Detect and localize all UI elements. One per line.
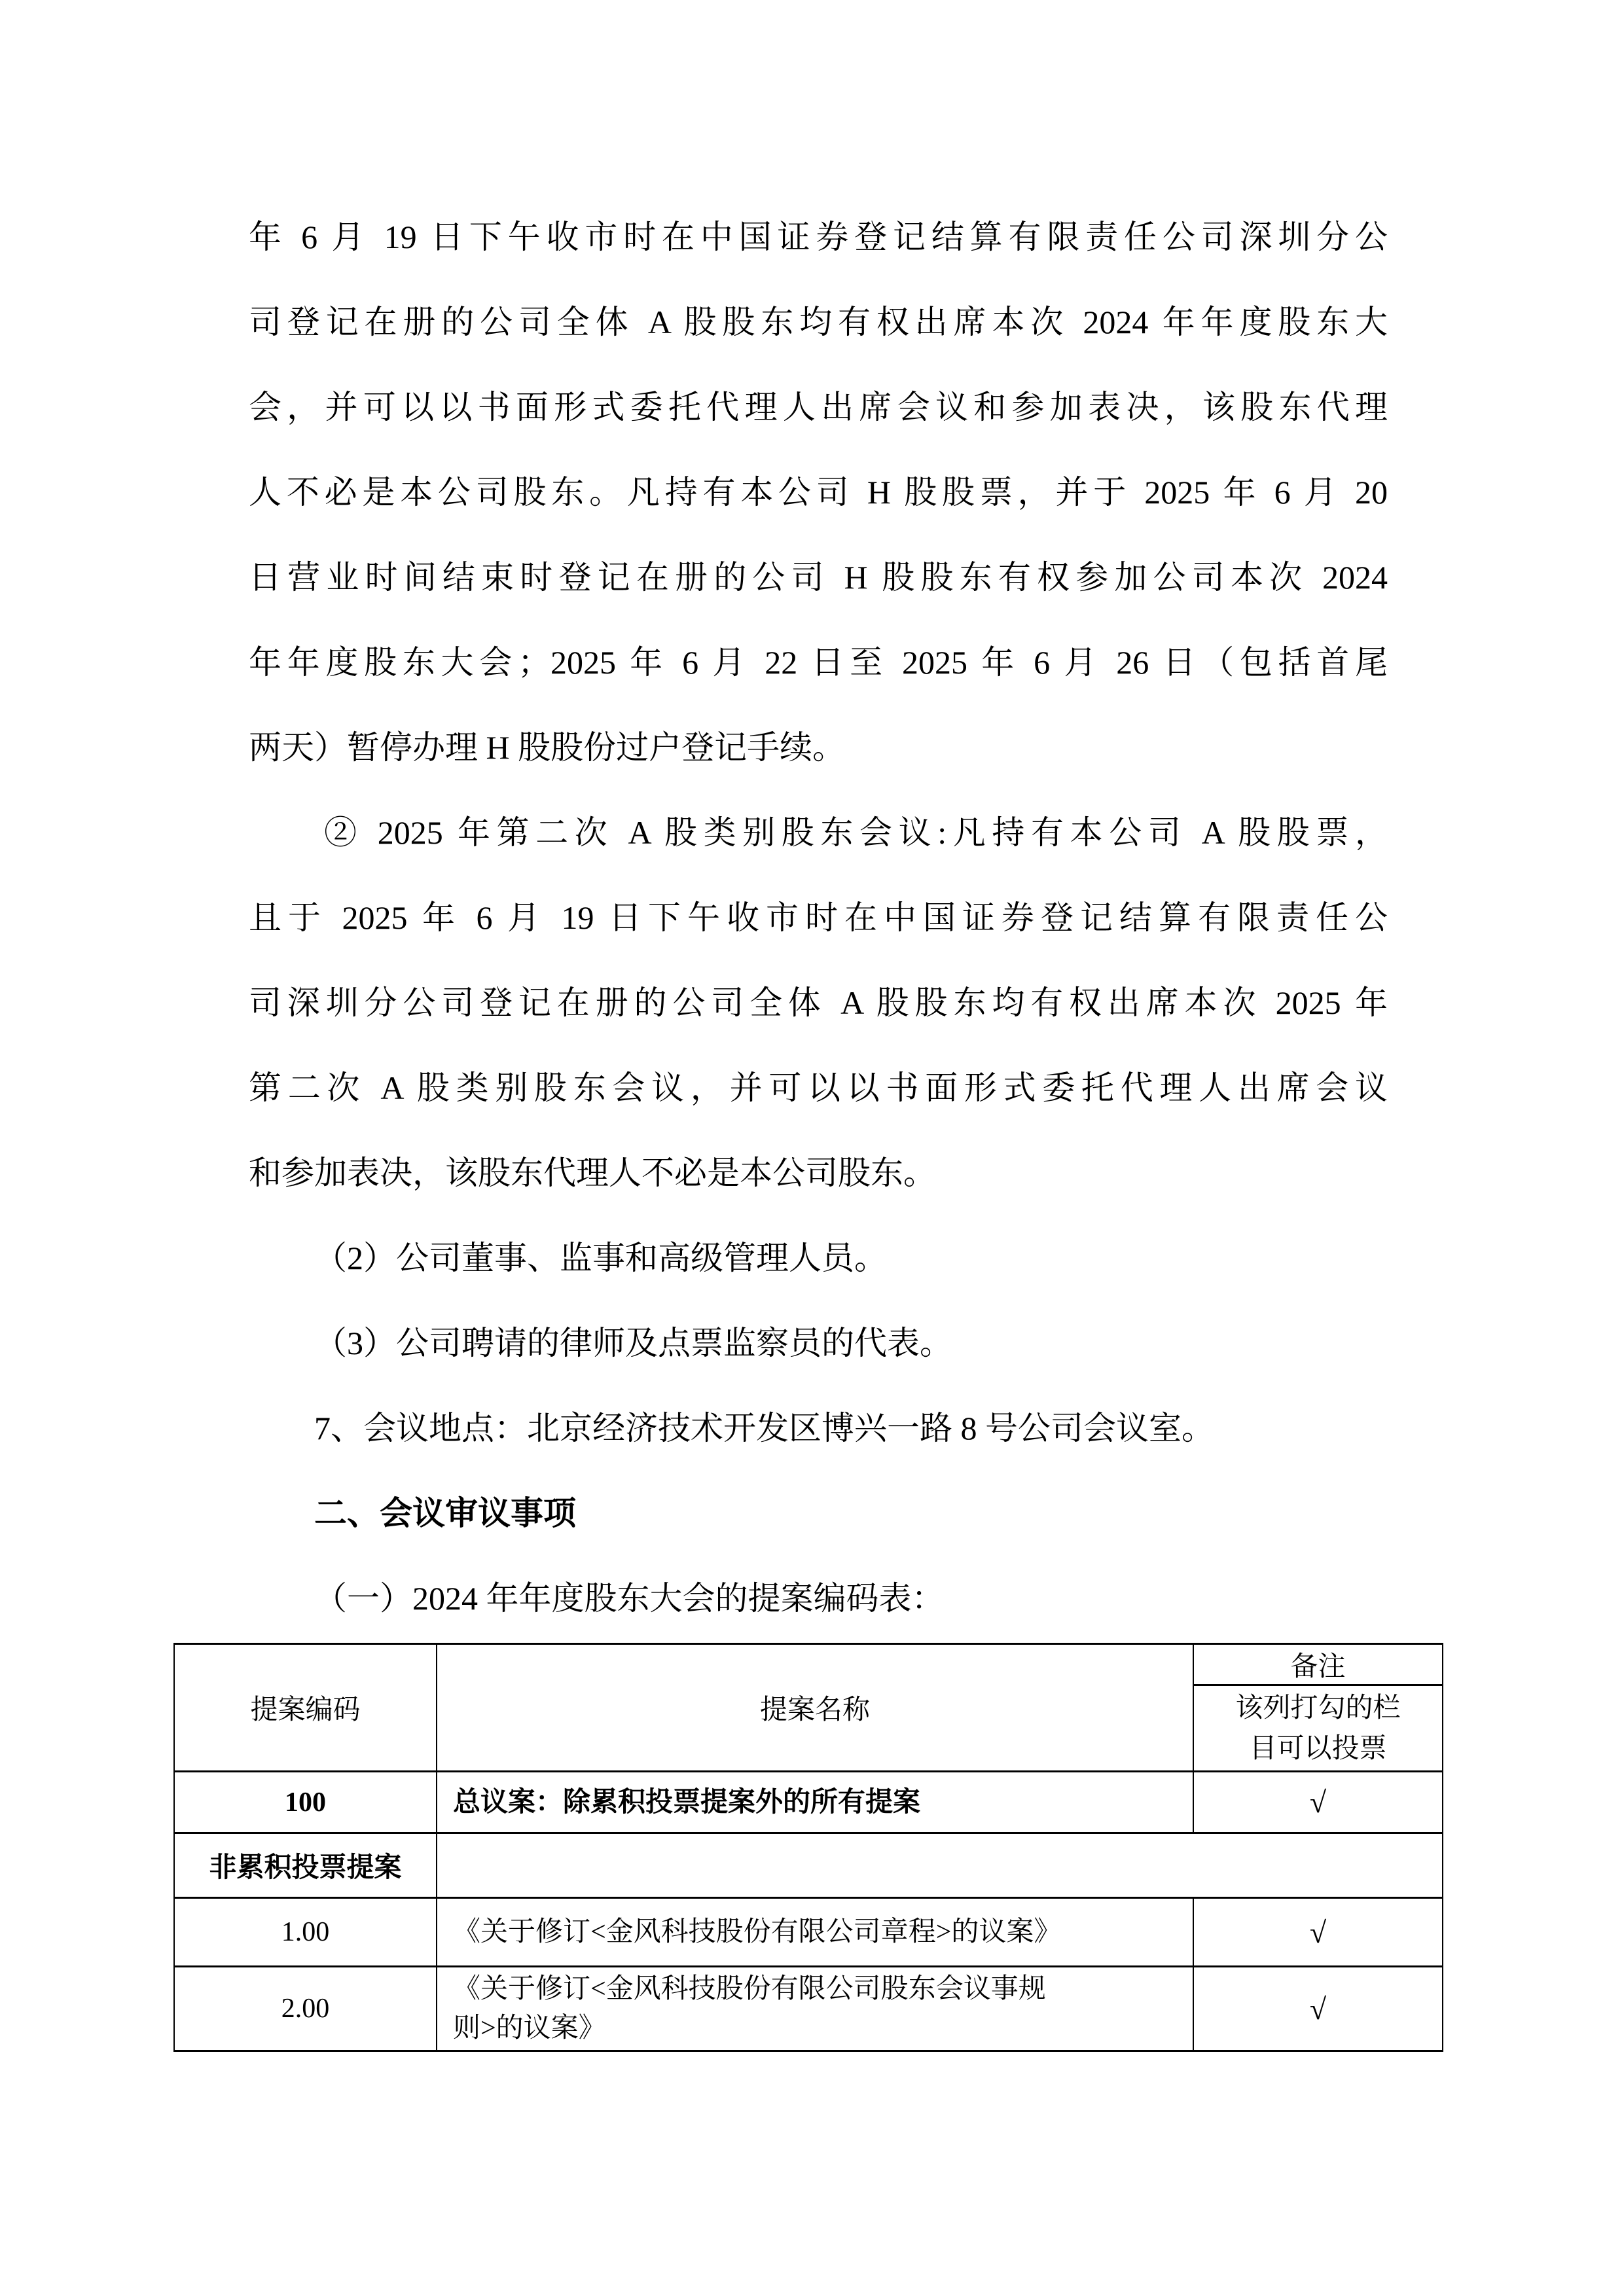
document-body: 年 6 月 19 日下午收市时在中国证券登记结算有限责任公司深圳分公 司登记在册…	[249, 194, 1388, 1641]
vote-checkmark: √	[1193, 1967, 1443, 2051]
header-proposal-name: 提案名称	[437, 1644, 1193, 1772]
header-note: 备注	[1193, 1644, 1443, 1685]
document-line: 日营业时间结束时登记在册的公司 H 股股东有权参加公司本次 2024	[249, 535, 1388, 620]
table-header-row: 提案编码 提案名称 备注	[174, 1644, 1443, 1685]
document-line: 司深圳分公司登记在册的公司全体 A 股股东均有权出席本次 2025 年	[249, 960, 1388, 1045]
header-proposal-code: 提案编码	[174, 1644, 437, 1772]
document-line: （3）公司聘请的律师及点票监察员的代表。	[249, 1300, 1388, 1386]
header-note-description-text: 该列打勾的栏目可以投票	[1227, 1688, 1410, 1769]
document-line: 两天）暂停办理 H 股股份过户登记手续。	[249, 705, 1388, 790]
document-line: 且于 2025 年 6 月 19 日下午收市时在中国证券登记结算有限责任公	[249, 875, 1388, 960]
document-line: 和参加表决，该股东代理人不必是本公司股东。	[249, 1130, 1388, 1215]
proposal-name-cell: 总议案：除累积投票提案外的所有提案	[437, 1772, 1193, 1833]
proposal-code-table: 提案编码 提案名称 备注 该列打勾的栏目可以投票 100 总议案：除累积投票提案…	[173, 1643, 1443, 2052]
document-line: 会，并可以以书面形式委托代理人出席会议和参加表决，该股东代理	[249, 365, 1388, 450]
table-row: 1.00 《关于修订<金风科技股份有限公司章程>的议案》 √	[174, 1898, 1443, 1967]
document-line: （2）公司董事、监事和高级管理人员。	[249, 1215, 1388, 1300]
table-caption-line: （一）2024 年年度股东大会的提案编码表：	[249, 1556, 1388, 1641]
document-line: 司登记在册的公司全体 A 股股东均有权出席本次 2024 年年度股东大	[249, 279, 1388, 365]
table-row: 非累积投票提案	[174, 1833, 1443, 1898]
proposal-code-cell: 100	[174, 1772, 437, 1833]
document-line: 7、会议地点：北京经济技术开发区博兴一路 8 号公司会议室。	[249, 1386, 1388, 1471]
document-page: 年 6 月 19 日下午收市时在中国证券登记结算有限责任公司深圳分公 司登记在册…	[0, 0, 1624, 2296]
proposal-code-cell: 2.00	[174, 1967, 437, 2051]
document-line: 人不必是本公司股东。凡持有本公司 H 股股票，并于 2025 年 6 月 20	[249, 450, 1388, 535]
table-row: 2.00 《关于修订<金风科技股份有限公司股东会议事规则>的议案》 √	[174, 1967, 1443, 2051]
document-line: 第二次 A 股类别股东会议，并可以以书面形式委托代理人出席会议	[249, 1045, 1388, 1130]
proposal-name-line: 《关于修订<金风科技股份有限公司股东会议事规	[453, 1974, 1046, 2004]
document-line: 年 6 月 19 日下午收市时在中国证券登记结算有限责任公司深圳分公	[249, 194, 1388, 279]
document-line: ② 2025 年第二次 A 股类别股东会议:凡持有本公司 A 股股票，	[249, 790, 1388, 875]
merged-empty-cell	[437, 1833, 1443, 1898]
proposal-code-cell: 1.00	[174, 1898, 437, 1967]
document-line: 年年度股东大会；2025 年 6 月 22 日至 2025 年 6 月 26 日…	[249, 620, 1388, 705]
table-row: 100 总议案：除累积投票提案外的所有提案 √	[174, 1772, 1443, 1833]
vote-checkmark: √	[1193, 1772, 1443, 1833]
proposal-name-cell: 《关于修订<金风科技股份有限公司章程>的议案》	[437, 1898, 1193, 1967]
proposal-name-cell: 《关于修订<金风科技股份有限公司股东会议事规则>的议案》	[437, 1967, 1193, 2051]
section-heading: 二、会议审议事项	[249, 1471, 1388, 1556]
proposal-name-line: 则>的议案》	[453, 2013, 606, 2043]
proposal-group-label: 非累积投票提案	[174, 1833, 437, 1898]
vote-checkmark: √	[1193, 1898, 1443, 1967]
header-note-description: 该列打勾的栏目可以投票	[1193, 1685, 1443, 1772]
